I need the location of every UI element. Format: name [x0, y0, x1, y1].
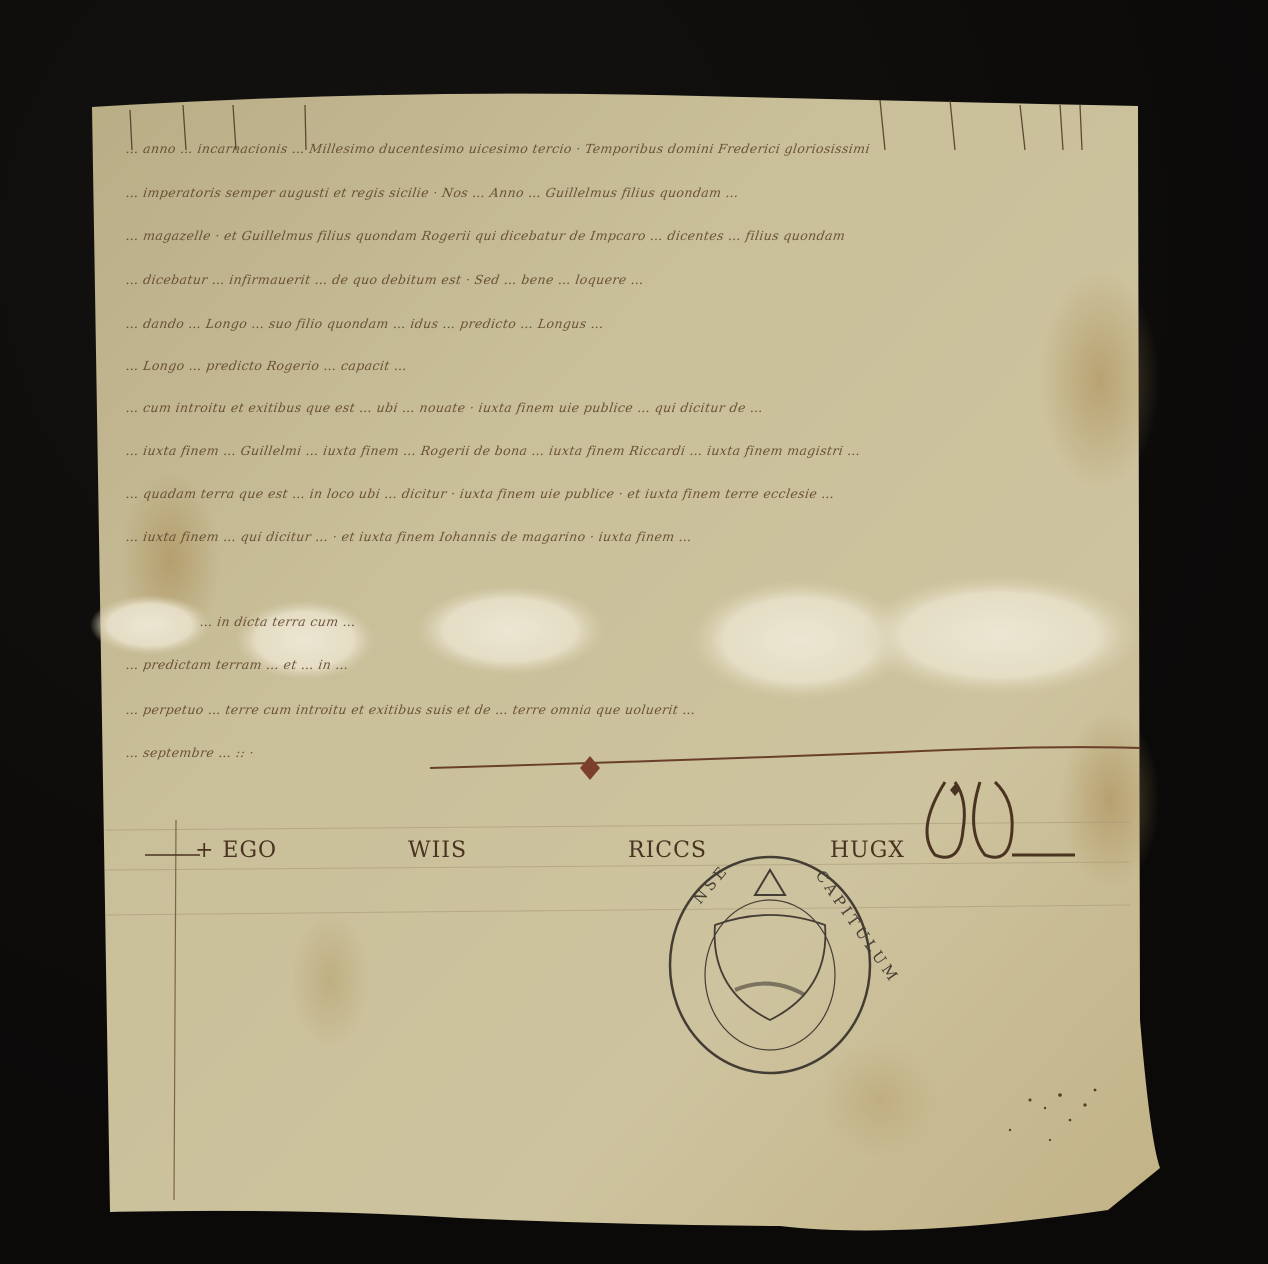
charter-line-14: … septembre … :: ·	[125, 745, 255, 760]
charter-line-6: … Longo … predicto Rogerio … capacit …	[125, 358, 408, 373]
charter-line-10: … iuxta finem … qui dicitur … · et iuxta…	[125, 529, 693, 544]
charter-line-5: … dando … Longo … suo filio quondam … id…	[125, 316, 605, 331]
subscription-hugo: HUGX	[830, 838, 905, 863]
charter-line-12: … predictam terram … et … in …	[125, 657, 350, 672]
charter-line-2: … imperatoris semper augusti et regis si…	[125, 185, 740, 200]
charter-line-7: … cum introitu et exitibus que est … ubi…	[125, 400, 764, 415]
charter-line-11: … in dicta terra cum …	[199, 614, 357, 629]
charter-line-1: … anno … incarnacionis … Millesimo ducen…	[125, 141, 871, 156]
subscription-ego: + EGO	[195, 838, 277, 863]
subscription-riccardus: RICCS	[628, 838, 707, 863]
charter-line-3: … magazelle · et Guillelmus filius quond…	[125, 228, 846, 243]
subscription-willelmus: WIIS	[408, 838, 467, 863]
charter-line-4: … dicebatur … infirmauerit … de quo debi…	[125, 272, 645, 287]
charter-line-8: … iuxta finem … Guillelmi … iuxta finem …	[125, 443, 862, 458]
charter-line-9: … quadam terra que est … in loco ubi … d…	[125, 486, 836, 501]
charter-line-13: … perpetuo … terre cum introitu et exiti…	[125, 702, 697, 717]
